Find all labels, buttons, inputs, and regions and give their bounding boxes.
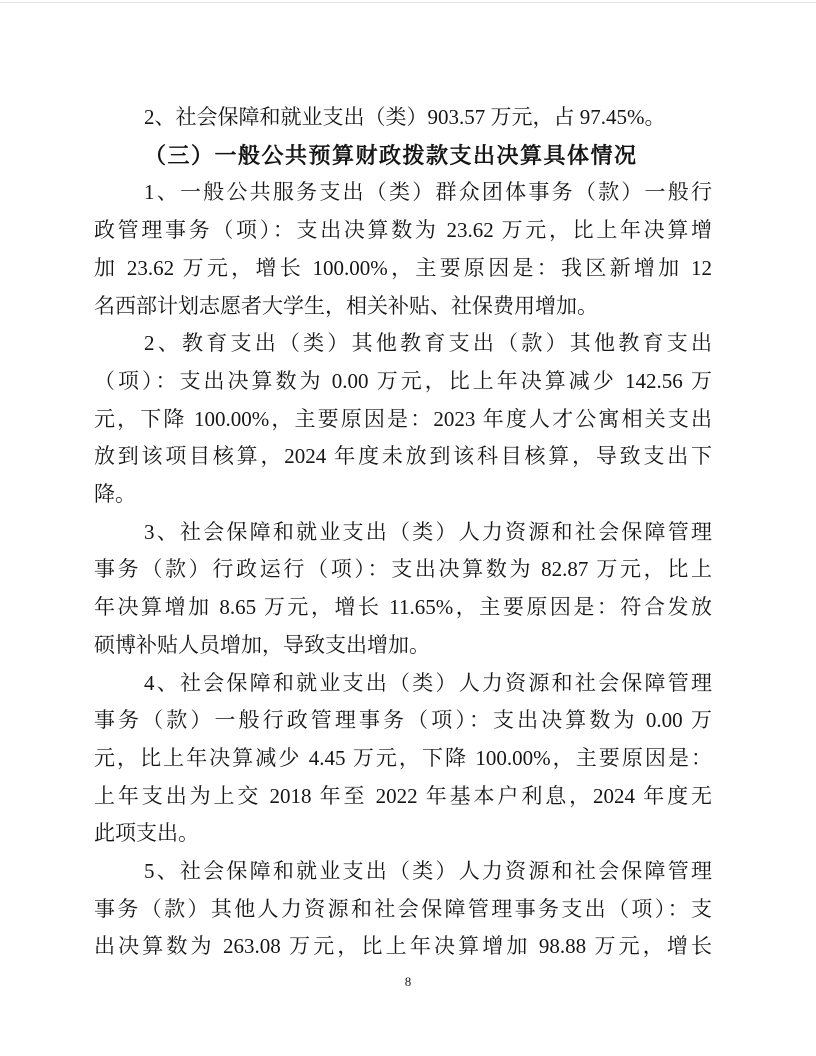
text-line: 事务（款）行政运行（项）：支出决算数为 82.87 万元，比上 [94,551,712,589]
para-detail-4-general-admin: 4、社会保障和就业支出（类）人力资源和社会保障管理事务（款）一般行政管理事务（项… [94,665,712,854]
text-line: 加 23.62 万元，增长 100.00%，主要原因是：我区新增加 12 [94,250,712,288]
text-line: 此项支出。 [94,815,712,853]
page-footer: 8 [0,972,816,992]
text-line: 降。 [94,476,712,514]
text-line: 出决算数为 263.08 万元，比上年决算增加 98.88 万元，增长 [94,928,712,966]
text-line: 2、教育支出（类）其他教育支出（款）其他教育支出 [94,325,712,363]
text-line: 2、社会保障和就业支出（类）903.57 万元，占 97.45%。 [94,99,712,137]
para-detail-2-education: 2、教育支出（类）其他教育支出（款）其他教育支出（项）：支出决算数为 0.00 … [94,325,712,514]
heading-section-three: （三）一般公共预算财政拨款支出决算具体情况 [94,137,712,175]
document-page: 2、社会保障和就业支出（类）903.57 万元，占 97.45%。（三）一般公共… [0,0,816,1056]
para-social-security-summary: 2、社会保障和就业支出（类）903.57 万元，占 97.45%。 [94,99,712,137]
text-line: 事务（款）一般行政管理事务（项）：支出决算数为 0.00 万 [94,702,712,740]
para-detail-1-general-public-service: 1、一般公共服务支出（类）群众团体事务（款）一般行政管理事务（项）：支出决算数为… [94,174,712,325]
para-detail-3-admin-operation: 3、社会保障和就业支出（类）人力资源和社会保障管理事务（款）行政运行（项）：支出… [94,514,712,665]
text-line: 元，下降 100.00%，主要原因是：2023 年度人才公寓相关支出 [94,401,712,439]
text-line: 事务（款）其他人力资源和社会保障管理事务支出（项）：支 [94,891,712,929]
page-number: 8 [405,972,412,992]
text-line: 名西部计划志愿者大学生，相关补贴、社保费用增加。 [94,288,712,326]
text-line: （项）：支出决算数为 0.00 万元，比上年决算减少 142.56 万 [94,363,712,401]
text-line: 3、社会保障和就业支出（类）人力资源和社会保障管理 [94,514,712,552]
text-line: 4、社会保障和就业支出（类）人力资源和社会保障管理 [94,665,712,703]
text-line: 上年支出为上交 2018 年至 2022 年基本户利息，2024 年度无 [94,778,712,816]
text-line: 放到该项目核算，2024 年度未放到该科目核算，导致支出下 [94,438,712,476]
text-line: 1、一般公共服务支出（类）群众团体事务（款）一般行 [94,174,712,212]
document-body: 2、社会保障和就业支出（类）903.57 万元，占 97.45%。（三）一般公共… [94,99,712,966]
text-line: （三）一般公共预算财政拨款支出决算具体情况 [94,137,712,175]
page-top-edge [0,2,816,3]
text-line: 政管理事务（项）：支出决算数为 23.62 万元，比上年决算增 [94,212,712,250]
text-line: 元，比上年决算减少 4.45 万元，下降 100.00%，主要原因是： [94,740,712,778]
para-detail-5-other-hr-social-security: 5、社会保障和就业支出（类）人力资源和社会保障管理事务（款）其他人力资源和社会保… [94,853,712,966]
text-line: 年决算增加 8.65 万元，增长 11.65%，主要原因是：符合发放 [94,589,712,627]
text-line: 5、社会保障和就业支出（类）人力资源和社会保障管理 [94,853,712,891]
text-line: 硕博补贴人员增加，导致支出增加。 [94,627,712,665]
